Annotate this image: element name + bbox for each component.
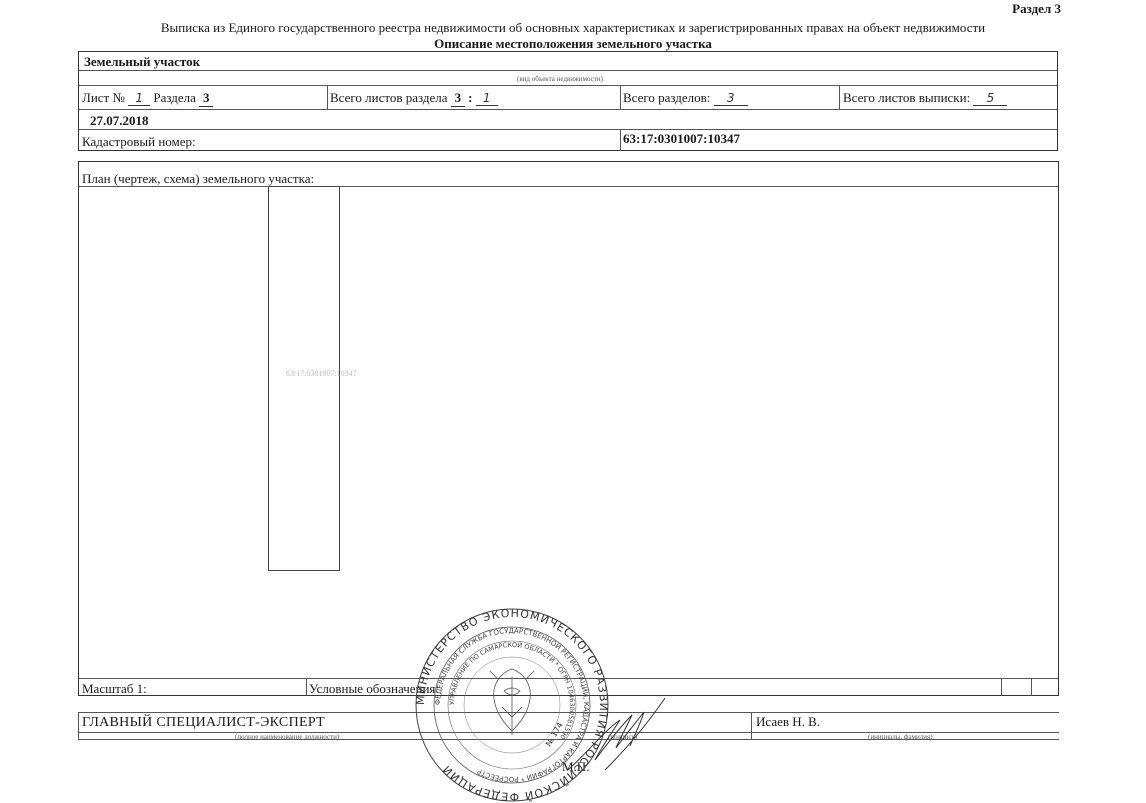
plan-title: План (чертеж, схема) земельного участка: bbox=[82, 171, 314, 187]
total-sheets-section-count: 1 bbox=[476, 91, 498, 106]
official-name: Исаев Н. В. bbox=[756, 714, 820, 730]
emblem-icon bbox=[490, 669, 534, 735]
sheet-number-field: Лист № 1 Раздела 3 bbox=[82, 90, 213, 107]
divider bbox=[306, 678, 307, 696]
divider bbox=[1031, 678, 1032, 696]
position-caption: (полное наименование должности) bbox=[235, 733, 339, 741]
total-sections-label: Всего разделов: bbox=[623, 90, 710, 105]
divider bbox=[79, 70, 1057, 71]
total-sections-value: 3 bbox=[714, 91, 748, 106]
divider bbox=[620, 129, 621, 151]
object-type: Земельный участок bbox=[84, 54, 200, 70]
divider bbox=[78, 712, 79, 739]
separator: : bbox=[468, 90, 472, 105]
official-stamp-icon: МИНИСТЕРСТВО ЭКОНОМИЧЕСКОГО РАЗВИТИЯ РОС… bbox=[412, 607, 612, 803]
cadastral-label: Кадастровый номер: bbox=[82, 134, 196, 150]
document-title: Выписка из Единого государственного реес… bbox=[0, 20, 1146, 36]
total-sheets-extract-field: Всего листов выписки: 5 bbox=[843, 90, 1007, 106]
total-sheets-section-value: 3 bbox=[451, 90, 465, 107]
scale-label: Масштаб 1: bbox=[82, 681, 147, 697]
official-position: ГЛАВНЫЙ СПЕЦИАЛИСТ-ЭКСПЕРТ bbox=[82, 715, 325, 731]
divider bbox=[79, 129, 1057, 130]
divider bbox=[327, 85, 328, 109]
divider bbox=[751, 712, 752, 739]
divider bbox=[620, 85, 621, 109]
section-label: Раздел 3 bbox=[1012, 1, 1061, 17]
sheet-value: 1 bbox=[128, 91, 150, 106]
divider bbox=[839, 85, 840, 109]
name-caption: (инициалы, фамилия) bbox=[868, 733, 933, 741]
divider bbox=[79, 85, 1057, 86]
divider bbox=[79, 109, 1057, 110]
divider bbox=[1001, 678, 1002, 696]
parcel-label: 63:17:0301007:10347 bbox=[286, 369, 357, 378]
total-sheets-section-field: Всего листов раздела 3 : 1 bbox=[330, 90, 498, 107]
total-sheets-section-label: Всего листов раздела bbox=[330, 90, 448, 105]
total-sheets-extract-label: Всего листов выписки: bbox=[843, 90, 970, 105]
document-subtitle: Описание местоположения земельного участ… bbox=[0, 36, 1146, 52]
section-of-value: 3 bbox=[199, 90, 213, 107]
extract-date: 27.07.2018 bbox=[90, 113, 149, 129]
object-type-caption: (вид объекта недвижимости) bbox=[517, 75, 603, 83]
total-sections-field: Всего разделов: 3 bbox=[623, 90, 748, 106]
total-sheets-extract-value: 5 bbox=[973, 91, 1007, 106]
section-of-label: Раздела bbox=[153, 90, 196, 105]
land-parcel-shape bbox=[268, 186, 340, 571]
sheet-label: Лист № bbox=[82, 90, 125, 105]
cadastral-number: 63:17:0301007:10347 bbox=[623, 131, 740, 147]
info-table: Земельный участок (вид объекта недвижимо… bbox=[78, 51, 1058, 151]
